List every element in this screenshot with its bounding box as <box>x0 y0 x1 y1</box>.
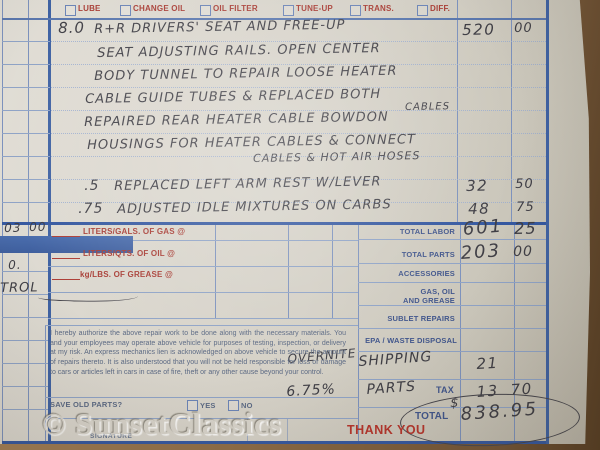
tune-up-checkbox <box>283 5 294 16</box>
diff-checkbox <box>417 5 428 16</box>
grid-line <box>358 239 546 240</box>
totals-label: TOTAL LABOR <box>360 227 455 236</box>
thank-you-text: THANK YOU <box>347 423 426 437</box>
sunset-classics-watermark: © SunsetClassics <box>42 406 282 442</box>
grid-line <box>287 418 288 441</box>
fuel-row-label: LITERS/GALS. OF GAS @ <box>83 227 185 236</box>
grid-line <box>358 263 546 264</box>
grid-line <box>2 41 48 42</box>
checkbox-label-change-oil: CHANGE OIL <box>133 4 185 13</box>
handwritten-amount-cents: 75 <box>516 200 535 215</box>
grid-line <box>358 305 546 306</box>
tax-label: TAX <box>436 385 454 395</box>
handwritten-hours: .5 <box>84 178 100 194</box>
checkbox-label-oil-filter: OIL FILTER <box>213 4 258 13</box>
grid-line <box>48 318 358 319</box>
grid-line <box>546 0 549 444</box>
grid-line <box>358 328 546 329</box>
handwritten-shipping-amount: 21 <box>476 354 499 373</box>
lube-checkbox <box>65 5 76 16</box>
handwritten-total-labor-cents: 25 <box>514 219 537 238</box>
handwritten-line: R+R DRIVERS' SEAT AND FREE-UP <box>94 18 346 37</box>
fuel-row-label: kg/LBS. OF GREASE @ <box>80 270 173 279</box>
grid-line <box>2 0 3 441</box>
fuel-row-label: LITERS/QTS. OF OIL @ <box>83 249 175 258</box>
handwritten-insert: CABLES <box>405 101 450 113</box>
handwritten-amount-dollars: 32 <box>466 177 488 195</box>
totals-label: GAS, OIL <box>360 287 455 296</box>
handwritten-line: SEAT ADJUSTING RAILS. OPEN CENTER <box>97 41 381 61</box>
handwritten-margin-fragment: TROL <box>0 280 39 296</box>
handwritten-line: CABLE GUIDE TUBES & REPLACED BOTH <box>85 87 381 107</box>
handwritten-tax-rate: 6.75% <box>286 381 336 400</box>
grid-line <box>2 386 48 387</box>
grid-line <box>288 222 289 318</box>
grid-line <box>215 222 216 318</box>
checkbox-label-lube: LUBE <box>78 4 101 13</box>
trans-checkbox <box>350 5 361 16</box>
grid-line <box>2 317 48 318</box>
handwritten-line: REPAIRED REAR HEATER CABLE BOWDON <box>84 110 389 130</box>
handwritten-hours: 8.0 <box>58 19 85 37</box>
totals-label: EPA / WASTE DISPOSAL <box>360 336 457 345</box>
handwritten-insert: CABLES & HOT AIR HOSES <box>253 149 420 165</box>
grid-line <box>332 222 333 318</box>
grid-line <box>2 363 48 364</box>
grid-line <box>2 179 48 180</box>
repair-order-form: LUBE CHANGE OIL OIL FILTER TUNE-UP TRANS… <box>0 0 600 450</box>
grid-line <box>2 87 48 88</box>
handwritten-hours: .75 <box>78 201 104 217</box>
change-oil-checkbox <box>120 5 131 16</box>
grid-line <box>45 325 358 326</box>
handwritten-line: REPLACED LEFT ARM REST W/LEVER <box>114 174 382 194</box>
handwritten-line: BODY TUNNEL TO REPAIR LOOSE HEATER <box>94 64 398 84</box>
grid-line <box>358 282 546 283</box>
handwritten-amount-cents: 50 <box>515 177 534 192</box>
handwritten-amount-dollars: 48 <box>468 200 490 218</box>
grid-line <box>2 156 48 157</box>
grid-line <box>2 110 48 111</box>
grid-line <box>2 133 48 134</box>
totals-label: ACCESSORIES <box>360 269 455 278</box>
fill-in-line <box>52 258 80 259</box>
handwritten-tax-word: PARTS <box>366 379 416 398</box>
checkbox-label-trans: TRANS. <box>363 4 394 13</box>
fill-in-line <box>52 279 80 280</box>
handwritten-margin-cents: 00 <box>29 220 47 234</box>
totals-label: TOTAL PARTS <box>360 250 455 259</box>
handwritten-total-labor-dollars: 601 <box>462 215 504 239</box>
grid-line <box>358 222 359 441</box>
grid-line <box>2 64 48 65</box>
fill-in-line <box>52 236 80 237</box>
grid-line <box>2 340 48 341</box>
grid-line <box>48 266 358 267</box>
checkbox-label-diff: DIFF. <box>430 4 450 13</box>
handwritten-shipping-word2: SHIPPING <box>358 349 433 370</box>
grid-line <box>511 0 512 222</box>
pen-stroke <box>38 289 138 303</box>
grid-line <box>457 0 458 222</box>
handwritten-margin-fragment: 0. <box>8 258 22 272</box>
handwritten-line: ADJUSTED IDLE MIXTURES ON CARBS <box>117 197 392 217</box>
photo-of-repair-invoice: LUBE CHANGE OIL OIL FILTER TUNE-UP TRANS… <box>0 0 600 450</box>
hand-drawn-circle <box>399 391 581 449</box>
handwritten-total-parts-cents: 00 <box>513 244 533 260</box>
authorization-text: I hereby authorize the above repair work… <box>50 329 346 378</box>
grid-line <box>2 202 48 203</box>
handwritten-amount-cents: 00 <box>514 21 533 36</box>
handwritten-total-parts-dollars: 203 <box>460 240 502 264</box>
handwritten-margin-dollars: 03 <box>4 221 22 235</box>
oil-filter-checkbox <box>200 5 211 16</box>
checkbox-label-tune-up: TUNE-UP <box>296 4 333 13</box>
totals-label: SUBLET REPAIRS <box>360 314 455 323</box>
totals-label: AND GREASE <box>360 296 455 305</box>
handwritten-amount-dollars: 520 <box>462 20 495 39</box>
